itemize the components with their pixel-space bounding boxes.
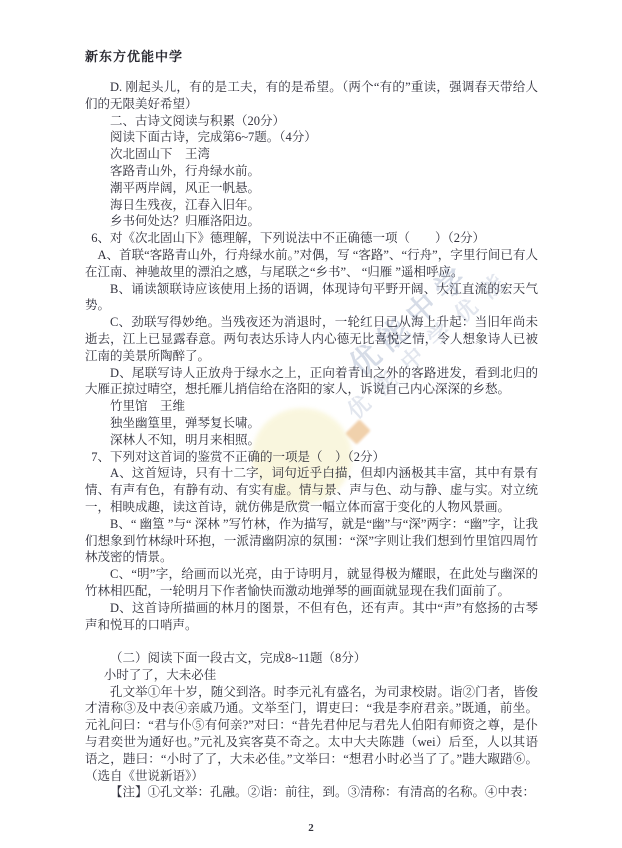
paragraph: A、这首短诗，只有十二字，词句近乎白描，但却内涵极其丰富，其中有景有情、有声有色…: [85, 465, 538, 515]
document-page: 优能中学 优能中学优能 新东方优能中学 D. 刚起头儿，有的是工夫，有的是希望。…: [0, 0, 622, 848]
paragraph: 独坐幽篁里，弹琴复长啸。: [85, 415, 538, 432]
document-body: D. 刚起头儿，有的是工夫，有的是希望。（两个“有的”重读，强调春天带给人们的无…: [85, 79, 538, 801]
paragraph: A、首联“客路青山外，行舟绿水前。”对偶，写 “客路”、“行舟”，字里行间已有人…: [85, 247, 538, 281]
paragraph: 6、对《次北固山下》德理解，下列说法中不正确德一项（ ）（2分）: [85, 230, 538, 247]
paragraph: D、这首诗所描画的林月的图景，不但有色，还有声。其中“声”有悠扬的古琴声和悦耳的…: [85, 600, 538, 634]
paragraph: 客路青山外，行舟绿水前。: [85, 163, 538, 180]
paragraph: 深林人不知，明月来相照。: [85, 432, 538, 449]
paragraph: 阅读下面古诗，完成第6~7题。（4分）: [85, 129, 538, 146]
school-header: 新东方优能中学: [85, 46, 183, 65]
page-number: 2: [0, 822, 622, 834]
paragraph: 潮平两岸阔，风正一帆悬。: [85, 180, 538, 197]
paragraph: D. 刚起头儿，有的是工夫，有的是希望。（两个“有的”重读，强调春天带给人们的无…: [85, 79, 538, 113]
paragraph: C、“明”字，给画而以光亮，由于诗明月，就显得极为耀眼，在此处与幽深的竹林相匹配…: [85, 566, 538, 600]
paragraph: B、诵读颔联诗应该使用上扬的语调，体现诗句平野开阔、大江直流的宏天气势。: [85, 281, 538, 315]
paragraph: 孔文举①年十岁，随父到洛。时李元礼有盛名，为司隶校尉。诣②门者，皆俊才清称③及中…: [85, 684, 538, 785]
paragraph: 7、下列对这首词的鉴赏不正确的一项是（ ）（2分）: [85, 449, 538, 466]
paragraph: 海日生残夜，江春入旧年。: [85, 197, 538, 214]
paragraph: B、“ 幽篁 ”与“ 深林 ”写竹林，作为描写，就是“幽”与“深”两字：“幽”字…: [85, 516, 538, 566]
paragraph: （二）阅读下面一段古文，完成8~11题（8分）: [85, 650, 538, 667]
paragraph: 竹里馆 王维: [85, 398, 538, 415]
paragraph: C、劲联写得妙绝。当残夜还为消退时，一轮红日已从海上升起：当旧年尚未逝去，江上已…: [85, 314, 538, 364]
paragraph: 二、古诗文阅读与积累（20分）: [85, 113, 538, 130]
paragraph: 乡书何处达？归雁洛阳边。: [85, 213, 538, 230]
paragraph: 小时了了，大未必佳: [85, 667, 538, 684]
paragraph: D、尾联写诗人正放舟于绿水之上，正向着青山之外的客路进发，看到北归的大雁正掠过晴…: [85, 365, 538, 399]
paragraph: 【注】①孔文举：孔融。②诣：前往，到。③清称：有清高的名称。④中表：: [85, 784, 538, 801]
paragraph: 次北固山下 王湾: [85, 146, 538, 163]
